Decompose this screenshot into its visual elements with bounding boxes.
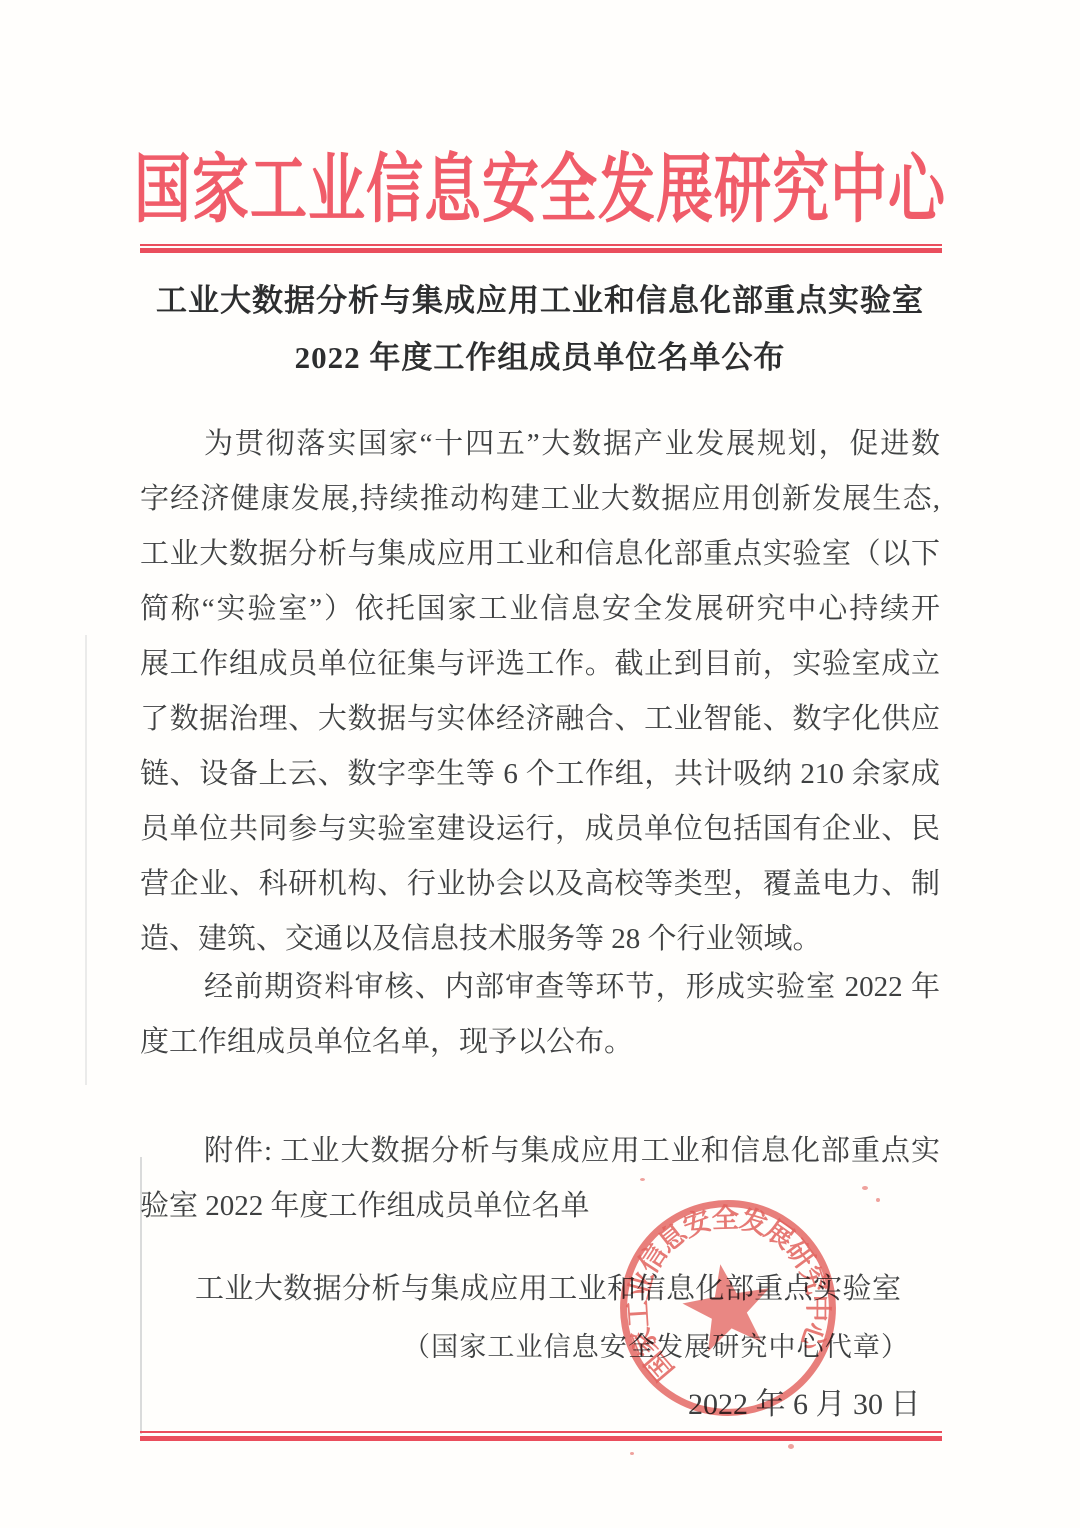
footer-rule-thick (140, 1436, 942, 1441)
document-title-line2: 2022 年度工作组成员单位名单公布 (90, 329, 990, 386)
ink-speck (862, 1186, 868, 1190)
ink-speck (640, 1178, 645, 1181)
body-line: 员单位共同参与实验室建设运行，成员单位包括国有企业、民 (140, 802, 940, 857)
body-line: 展工作组成员单位征集与评选工作。截止到目前，实验室成立 (140, 637, 940, 692)
document-title-line1: 工业大数据分析与集成应用工业和信息化部重点实验室 (90, 272, 990, 329)
attachment-line: 附件: 工业大数据分析与集成应用工业和信息化部重点实 (140, 1124, 940, 1179)
ink-speck (630, 1452, 634, 1455)
letterhead-title: 国家工业信息安全发展研究中心 (0, 128, 1080, 255)
body-line: 链、设备上云、数字孪生等 6 个工作组，共计吸纳 210 余家成 (140, 747, 940, 802)
ink-speck (876, 1198, 880, 1202)
scan-artifact-line (85, 635, 87, 1085)
footer-rule-thin (140, 1431, 942, 1433)
scan-artifact-line (140, 1157, 142, 1434)
seal-star-icon (677, 1257, 778, 1355)
official-seal: 国家工业信息安全发展研究中心 1101081798737 (612, 1192, 844, 1424)
body-line: 造、建筑、交通以及信息技术服务等 28 个行业领域。 (140, 912, 940, 967)
body-line: 度工作组成员单位名单，现予以公布。 (140, 1015, 940, 1070)
body-line: 营企业、科研机构、行业协会以及高校等类型，覆盖电力、制 (140, 857, 940, 912)
body-line: 为贯彻落实国家“十四五”大数据产业发展规划，促进数 (140, 417, 940, 472)
ink-speck (788, 1444, 794, 1449)
document-page: 国家工业信息安全发展研究中心 工业大数据分析与集成应用工业和信息化部重点实验室 … (0, 0, 1080, 1528)
body-line: 经前期资料审核、内部审查等环节，形成实验室 2022 年 (140, 960, 940, 1015)
header-rule-thin (140, 244, 942, 246)
body-line: 简称“实验室”）依托国家工业信息安全发展研究中心持续开 (140, 582, 940, 637)
body-line: 字经济健康发展,持续推动构建工业大数据应用创新发展生态, (140, 472, 940, 527)
body-line: 工业大数据分析与集成应用工业和信息化部重点实验室（以下 (140, 527, 940, 582)
paragraph-2: 经前期资料审核、内部审查等环节，形成实验室 2022 年 度工作组成员单位名单，… (140, 960, 940, 1070)
header-rule-thick (140, 248, 942, 253)
body-line: 了数据治理、大数据与实体经济融合、工业智能、数字化供应 (140, 692, 940, 747)
paragraph-1: 为贯彻落实国家“十四五”大数据产业发展规划，促进数 字经济健康发展,持续推动构建… (140, 417, 940, 967)
document-title: 工业大数据分析与集成应用工业和信息化部重点实验室 2022 年度工作组成员单位名… (90, 272, 990, 386)
